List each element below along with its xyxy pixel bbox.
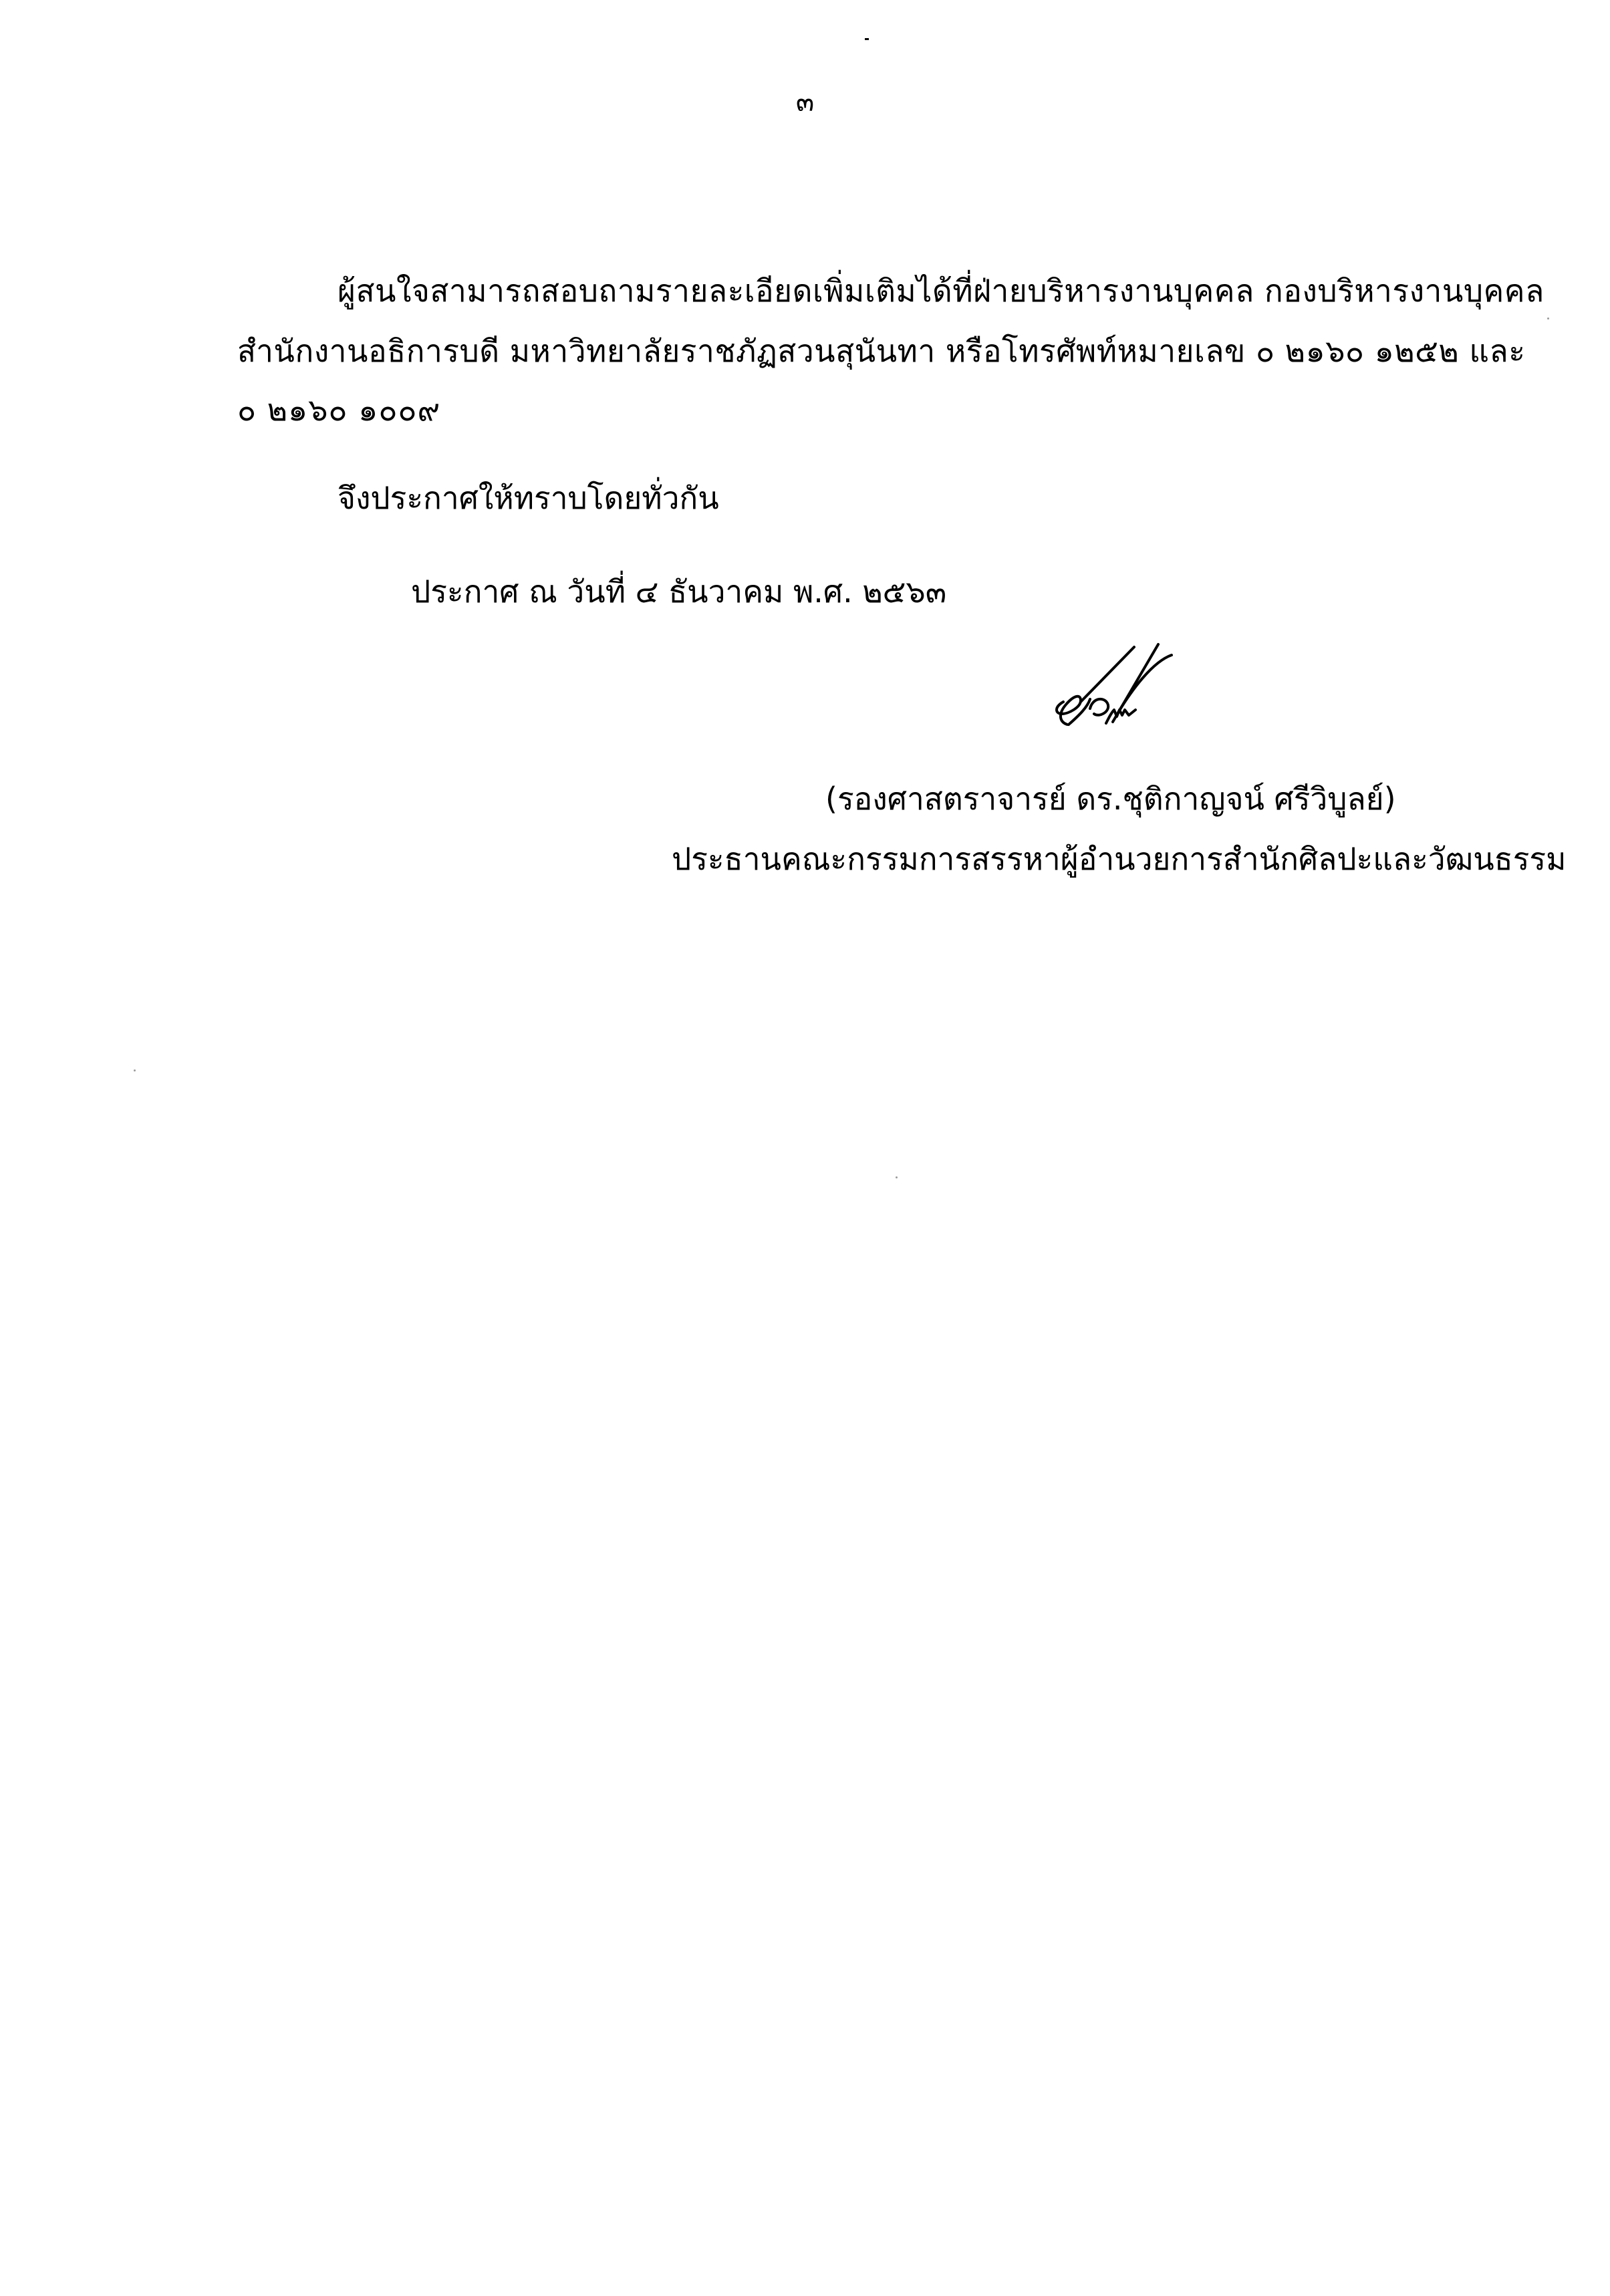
paragraph-line-3: ๐ ๒๑๖๐ ๑๐๐๙ xyxy=(237,390,440,430)
signatory-name: (รองศาสตราจารย์ ดร.ชุติกาญจน์ ศรีวิบูลย์… xyxy=(825,779,1396,819)
paragraph-line-2: สำนักงานอธิการบดี มหาวิทยาลัยราชภัฏสวนสุ… xyxy=(237,331,1525,371)
document-page: ๓ ผู้สนใจสามารถสอบถามรายละเอียดเพิ่มเติม… xyxy=(0,0,1610,2296)
closing-statement: จึงประกาศให้ทราบโดยทั่วกัน xyxy=(338,478,719,518)
scan-artifact xyxy=(865,38,869,40)
scan-speck xyxy=(134,1069,136,1071)
paragraph-line-1: ผู้สนใจสามารถสอบถามรายละเอียดเพิ่มเติมได… xyxy=(338,271,1545,311)
announcement-date: ประกาศ ณ วันที่ ๔ ธันวาคม พ.ศ. ๒๕๖๓ xyxy=(411,571,946,612)
signatory-title: ประธานคณะกรรมการสรรหาผู้อำนวยการสำนักศิล… xyxy=(672,839,1566,879)
scan-speck xyxy=(896,1176,898,1178)
page-number: ๓ xyxy=(0,86,1610,119)
scan-speck xyxy=(1547,317,1549,320)
handwritten-signature-icon xyxy=(1039,635,1173,729)
